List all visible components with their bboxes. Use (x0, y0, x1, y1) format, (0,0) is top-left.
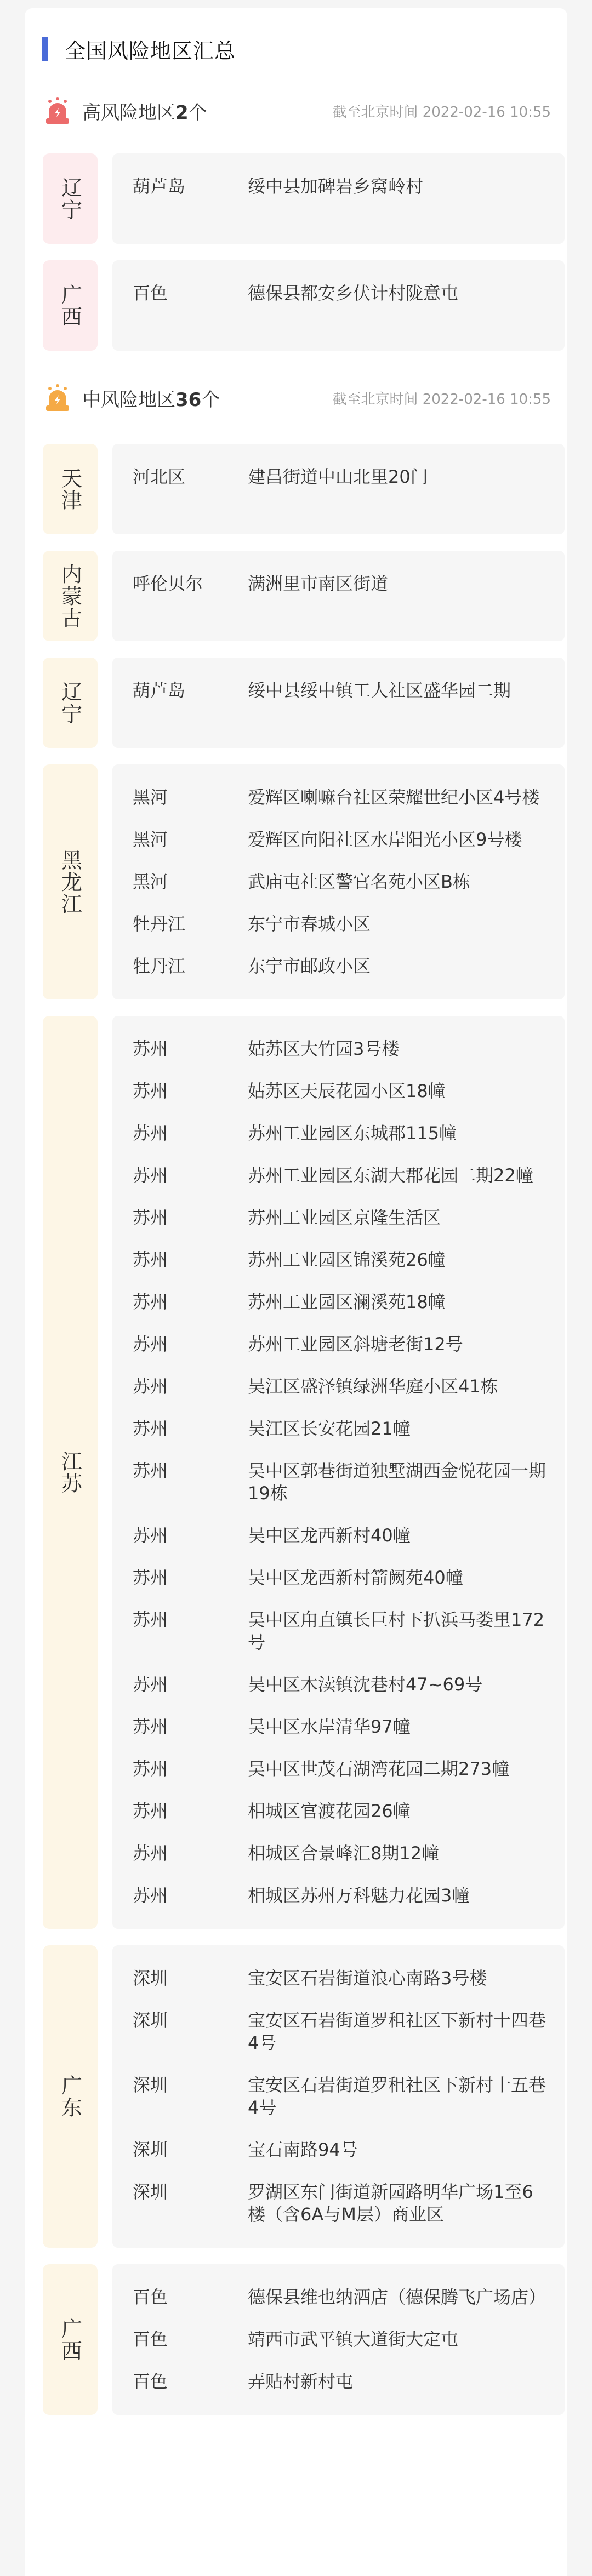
list-item: 苏州姑苏区天辰花园小区18幢 (133, 1080, 554, 1103)
city-name: 深圳 (133, 2139, 248, 2161)
city-name: 百色 (133, 2371, 248, 2393)
list-item: 苏州吴中区甪直镇长巨村下扒浜马娄里172号 (133, 1609, 554, 1654)
address: 爱辉区喇嘛台社区荣耀世纪小区4号楼 (248, 786, 554, 809)
list-item: 葫芦岛 绥中县加碑岩乡窝岭村 (133, 175, 554, 198)
address: 靖西市武平镇大道街大定屯 (248, 2328, 554, 2351)
province-label: 广东 (43, 1945, 98, 2248)
city-name: 苏州 (133, 1609, 248, 1631)
province-label: 黑龙江 (43, 764, 98, 999)
city-name: 苏州 (133, 1122, 248, 1145)
list-item: 苏州苏州工业园区东湖大郡花园二期22幢 (133, 1164, 554, 1187)
address: 吴中区郭巷街道独墅湖西金悦花园一期19栋 (248, 1460, 554, 1505)
list-item: 苏州姑苏区大竹园3号楼 (133, 1038, 554, 1060)
address: 宝安区石岩街道罗租社区下新村十五巷4号 (248, 2074, 554, 2119)
address: 爱辉区向阳社区水岸阳光小区9号楼 (248, 829, 554, 851)
high-risk-header: 高风险地区2个 截至北京时间 2022-02-16 10:55 (25, 95, 567, 126)
list-item: 牡丹江 东宁市春城小区 (133, 913, 554, 935)
mid-risk-timestamp: 截至北京时间 2022-02-16 10:55 (332, 388, 551, 408)
mid-risk-title: 中风险地区36个 (82, 385, 332, 412)
risk-summary-card: 全国风险地区汇总 高风险地区2个 截至北京时间 2022-02-16 10:55… (25, 8, 567, 2576)
city-name: 深圳 (133, 2181, 248, 2203)
address: 苏州工业园区锦溪苑26幢 (248, 1249, 554, 1271)
list-item: 深圳宝石南路94号 (133, 2139, 554, 2161)
city-name: 苏州 (133, 1673, 248, 1696)
city-name: 牡丹江 (133, 955, 248, 978)
list-item: 深圳宝安区石岩街道浪心南路3号楼 (133, 1967, 554, 1990)
address: 武庙屯社区警官名苑小区B栋 (248, 871, 554, 893)
province-label: 广西 (43, 260, 98, 351)
list-item: 苏州吴江区长安花园21幢 (133, 1418, 554, 1440)
list-item: 百色弄贴村新村屯 (133, 2371, 554, 2393)
city-name: 黑河 (133, 871, 248, 893)
mid-risk-header: 中风险地区36个 截至北京时间 2022-02-16 10:55 (25, 382, 567, 413)
address: 罗湖区东门街道新园路明华广场1至6楼（含6A与M层）商业区 (248, 2181, 554, 2226)
address: 相城区官渡花园26幢 (248, 1800, 554, 1823)
city-name: 苏州 (133, 1291, 248, 1313)
list-item: 百色靖西市武平镇大道街大定屯 (133, 2328, 554, 2351)
city-name: 苏州 (133, 1375, 248, 1398)
list-item: 苏州吴中区木渎镇沈巷村47~69号 (133, 1673, 554, 1696)
address: 德保县都安乡伏计村陇意屯 (248, 282, 554, 305)
city-name: 苏州 (133, 1524, 248, 1547)
province-items: 黑河 爱辉区喇嘛台社区荣耀世纪小区4号楼 黑河 爱辉区向阳社区水岸阳光小区9号楼… (112, 764, 565, 999)
address: 吴江区盛泽镇绿洲华庭小区41栋 (248, 1375, 554, 1398)
city-name: 苏州 (133, 1080, 248, 1103)
address: 吴中区龙西新村40幢 (248, 1524, 554, 1547)
province-items: 呼伦贝尔 满洲里市南区街道 (112, 551, 565, 641)
address: 绥中县加碑岩乡窝岭村 (248, 175, 554, 198)
province-label: 辽宁 (43, 658, 98, 748)
address: 苏州工业园区京隆生活区 (248, 1207, 554, 1229)
city-name: 呼伦贝尔 (133, 573, 248, 595)
province-label: 辽宁 (43, 153, 98, 244)
city-name: 黑河 (133, 786, 248, 809)
address: 吴江区长安花园21幢 (248, 1418, 554, 1440)
city-name: 深圳 (133, 2009, 248, 2032)
province-items: 河北区 建昌街道中山北里20门 (112, 444, 565, 534)
city-name: 深圳 (133, 2074, 248, 2097)
city-name: 苏州 (133, 1460, 248, 1482)
high-risk-title: 高风险地区2个 (82, 98, 332, 124)
province-block: 黑龙江 黑河 爱辉区喇嘛台社区荣耀世纪小区4号楼 黑河 爱辉区向阳社区水岸阳光小… (43, 764, 565, 999)
province-items: 深圳宝安区石岩街道浪心南路3号楼 深圳宝安区石岩街道罗租社区下新村十四巷4号 深… (112, 1945, 565, 2248)
list-item: 苏州吴中区龙西新村箭阙苑40幢 (133, 1567, 554, 1589)
city-name: 牡丹江 (133, 913, 248, 935)
address: 宝安区石岩街道罗租社区下新村十四巷4号 (248, 2009, 554, 2054)
list-item: 呼伦贝尔 满洲里市南区街道 (133, 573, 554, 595)
list-item: 苏州苏州工业园区锦溪苑26幢 (133, 1249, 554, 1271)
address: 苏州工业园区澜溪苑18幢 (248, 1291, 554, 1313)
list-item: 牡丹江 东宁市邮政小区 (133, 955, 554, 978)
province-block: 广西 百色 德保县都安乡伏计村陇意屯 (43, 260, 565, 351)
address: 宝石南路94号 (248, 2139, 554, 2161)
province-items: 百色 德保县都安乡伏计村陇意屯 (112, 260, 565, 351)
list-item: 苏州相城区官渡花园26幢 (133, 1800, 554, 1823)
province-block: 辽宁 葫芦岛 绥中县绥中镇工人社区盛华园二期 (43, 658, 565, 748)
province-items: 葫芦岛 绥中县加碑岩乡窝岭村 (112, 153, 565, 244)
province-items: 葫芦岛 绥中县绥中镇工人社区盛华园二期 (112, 658, 565, 748)
city-name: 葫芦岛 (133, 175, 248, 198)
city-name: 苏州 (133, 1249, 248, 1271)
province-label: 天津 (43, 444, 98, 534)
city-name: 深圳 (133, 1967, 248, 1990)
address: 苏州工业园区斜塘老街12号 (248, 1333, 554, 1356)
list-item: 深圳宝安区石岩街道罗租社区下新村十四巷4号 (133, 2009, 554, 2054)
city-name: 苏州 (133, 1842, 248, 1865)
city-name: 苏州 (133, 1800, 248, 1823)
province-block: 天津 河北区 建昌街道中山北里20门 (43, 444, 565, 534)
address: 建昌街道中山北里20门 (248, 466, 554, 488)
province-block: 辽宁 葫芦岛 绥中县加碑岩乡窝岭村 (43, 153, 565, 244)
list-item: 苏州苏州工业园区澜溪苑18幢 (133, 1291, 554, 1313)
list-item: 黑河 武庙屯社区警官名苑小区B栋 (133, 871, 554, 893)
list-item: 黑河 爱辉区喇嘛台社区荣耀世纪小区4号楼 (133, 786, 554, 809)
address: 德保县维也纳酒店（德保腾飞广场店） (248, 2286, 554, 2309)
province-label: 江苏 (43, 1016, 98, 1929)
address: 吴中区木渎镇沈巷村47~69号 (248, 1673, 554, 1696)
city-name: 葫芦岛 (133, 679, 248, 702)
province-label: 内蒙古 (43, 551, 98, 641)
high-risk-timestamp: 截至北京时间 2022-02-16 10:55 (332, 101, 551, 121)
city-name: 苏州 (133, 1333, 248, 1356)
list-item: 苏州吴中区龙西新村40幢 (133, 1524, 554, 1547)
address: 吴中区世茂石湖湾花园二期273幢 (248, 1758, 554, 1780)
address: 姑苏区天辰花园小区18幢 (248, 1080, 554, 1103)
list-item: 黑河 爱辉区向阳社区水岸阳光小区9号楼 (133, 829, 554, 851)
address: 姑苏区大竹园3号楼 (248, 1038, 554, 1060)
province-label: 广西 (43, 2264, 98, 2415)
list-item: 苏州相城区苏州万科魅力花园3幢 (133, 1884, 554, 1907)
address: 东宁市春城小区 (248, 913, 554, 935)
list-item: 苏州苏州工业园区斜塘老街12号 (133, 1333, 554, 1356)
city-name: 百色 (133, 2328, 248, 2351)
list-item: 苏州吴江区盛泽镇绿洲华庭小区41栋 (133, 1375, 554, 1398)
siren-icon (45, 96, 70, 125)
address: 弄贴村新村屯 (248, 2371, 554, 2393)
city-name: 苏州 (133, 1567, 248, 1589)
city-name: 苏州 (133, 1207, 248, 1229)
address: 绥中县绥中镇工人社区盛华园二期 (248, 679, 554, 702)
address: 相城区合景峰汇8期12幢 (248, 1842, 554, 1865)
list-item: 百色 德保县都安乡伏计村陇意屯 (133, 282, 554, 305)
city-name: 苏州 (133, 1716, 248, 1738)
address: 满洲里市南区街道 (248, 573, 554, 595)
list-item: 百色德保县维也纳酒店（德保腾飞广场店） (133, 2286, 554, 2309)
list-item: 葫芦岛 绥中县绥中镇工人社区盛华园二期 (133, 679, 554, 702)
city-name: 黑河 (133, 829, 248, 851)
title-accent-bar (42, 37, 48, 61)
city-name: 苏州 (133, 1164, 248, 1187)
list-item: 苏州吴中区水岸清华97幢 (133, 1716, 554, 1738)
address: 苏州工业园区东城郡115幢 (248, 1122, 554, 1145)
city-name: 苏州 (133, 1884, 248, 1907)
high-risk-list: 辽宁 葫芦岛 绥中县加碑岩乡窝岭村 广西 百色 德保县都安乡伏计村陇意屯 (25, 153, 567, 351)
list-item: 河北区 建昌街道中山北里20门 (133, 466, 554, 488)
address: 吴中区水岸清华97幢 (248, 1716, 554, 1738)
city-name: 苏州 (133, 1418, 248, 1440)
list-item: 深圳罗湖区东门街道新园路明华广场1至6楼（含6A与M层）商业区 (133, 2181, 554, 2226)
province-items: 百色德保县维也纳酒店（德保腾飞广场店） 百色靖西市武平镇大道街大定屯 百色弄贴村… (112, 2264, 565, 2415)
page-title: 全国风险地区汇总 (65, 34, 236, 64)
section-title: 全国风险地区汇总 (25, 37, 567, 61)
mid-risk-list: 天津 河北区 建昌街道中山北里20门 内蒙古 呼伦贝尔 满洲里市南区街道 辽宁 (25, 444, 567, 2415)
address: 吴中区龙西新村箭阙苑40幢 (248, 1567, 554, 1589)
city-name: 苏州 (133, 1038, 248, 1060)
address: 吴中区甪直镇长巨村下扒浜马娄里172号 (248, 1609, 554, 1654)
list-item: 苏州吴中区世茂石湖湾花园二期273幢 (133, 1758, 554, 1780)
list-item: 苏州吴中区郭巷街道独墅湖西金悦花园一期19栋 (133, 1460, 554, 1505)
province-block: 广东 深圳宝安区石岩街道浪心南路3号楼 深圳宝安区石岩街道罗租社区下新村十四巷4… (43, 1945, 565, 2248)
address: 相城区苏州万科魅力花园3幢 (248, 1884, 554, 1907)
siren-icon (45, 384, 70, 412)
city-name: 河北区 (133, 466, 248, 488)
address: 东宁市邮政小区 (248, 955, 554, 978)
list-item: 苏州相城区合景峰汇8期12幢 (133, 1842, 554, 1865)
province-items: 苏州姑苏区大竹园3号楼 苏州姑苏区天辰花园小区18幢 苏州苏州工业园区东城郡11… (112, 1016, 565, 1929)
list-item: 苏州苏州工业园区东城郡115幢 (133, 1122, 554, 1145)
province-block: 广西 百色德保县维也纳酒店（德保腾飞广场店） 百色靖西市武平镇大道街大定屯 百色… (43, 2264, 565, 2415)
address: 苏州工业园区东湖大郡花园二期22幢 (248, 1164, 554, 1187)
list-item: 苏州苏州工业园区京隆生活区 (133, 1207, 554, 1229)
province-block: 江苏 苏州姑苏区大竹园3号楼 苏州姑苏区天辰花园小区18幢 苏州苏州工业园区东城… (43, 1016, 565, 1929)
city-name: 百色 (133, 282, 248, 305)
address: 宝安区石岩街道浪心南路3号楼 (248, 1967, 554, 1990)
city-name: 苏州 (133, 1758, 248, 1780)
city-name: 百色 (133, 2286, 248, 2309)
list-item: 深圳宝安区石岩街道罗租社区下新村十五巷4号 (133, 2074, 554, 2119)
province-block: 内蒙古 呼伦贝尔 满洲里市南区街道 (43, 551, 565, 641)
